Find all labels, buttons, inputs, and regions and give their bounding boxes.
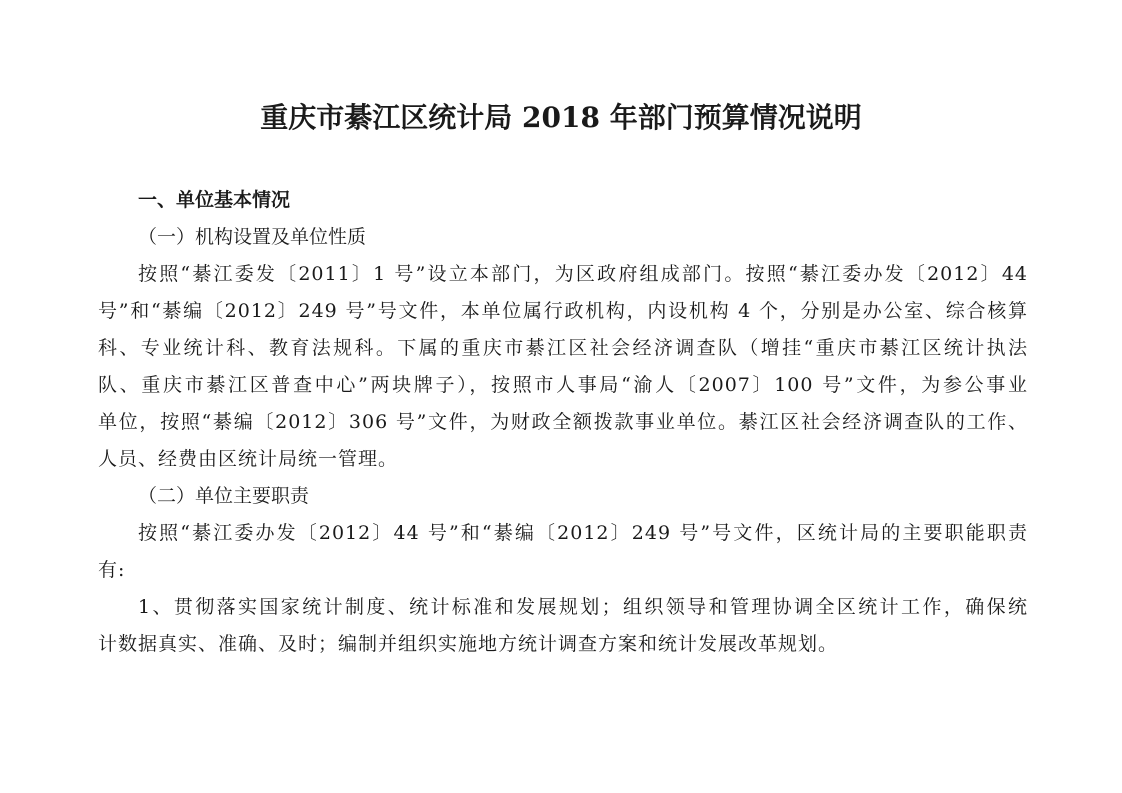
list-item-line: 计数据真实、准确、及时；编制并组织实施地方统计调查方案和统计发展改革规划。 bbox=[98, 626, 1028, 663]
document-page: 重庆市綦江区统计局 2018 年部门预算情况说明 一、单位基本情况 （一）机构设… bbox=[0, 0, 1122, 793]
paragraph-line: 号”和“綦编〔2012〕249 号”号文件，本单位属行政机构，内设机构 4 个，… bbox=[98, 293, 1028, 330]
subsection-heading-organization: （一）机构设置及单位性质 bbox=[98, 219, 1028, 256]
paragraph-line: 科、专业统计科、教育法规科。下属的重庆市綦江区社会经济调查队（增挂“重庆市綦江区… bbox=[98, 330, 1028, 367]
paragraph-line: 单位，按照“綦编〔2012〕306 号”文件，为财政全额拨款事业单位。綦江区社会… bbox=[98, 404, 1028, 441]
paragraph-line: 队、重庆市綦江区普查中心”两块牌子），按照市人事局“渝人〔2007〕100 号”… bbox=[98, 367, 1028, 404]
list-item-line: 1、贯彻落实国家统计制度、统计标准和发展规划；组织领导和管理协调全区统计工作，确… bbox=[98, 589, 1028, 626]
paragraph-line: 人员、经费由区统计局统一管理。 bbox=[98, 441, 1028, 478]
paragraph-line: 按照“綦江委办发〔2012〕44 号”和“綦编〔2012〕249 号”号文件，区… bbox=[98, 515, 1028, 552]
section-heading-basic-info: 一、单位基本情况 bbox=[98, 182, 1028, 219]
paragraph-line: 按照“綦江委发〔2011〕1 号”设立本部门，为区政府组成部门。按照“綦江委办发… bbox=[98, 256, 1028, 293]
document-title: 重庆市綦江区统计局 2018 年部门预算情况说明 bbox=[0, 98, 1122, 138]
subsection-heading-responsibilities: （二）单位主要职责 bbox=[98, 478, 1028, 515]
document-body: 一、单位基本情况 （一）机构设置及单位性质 按照“綦江委发〔2011〕1 号”设… bbox=[98, 182, 1028, 663]
paragraph-line: 有: bbox=[98, 552, 1028, 589]
